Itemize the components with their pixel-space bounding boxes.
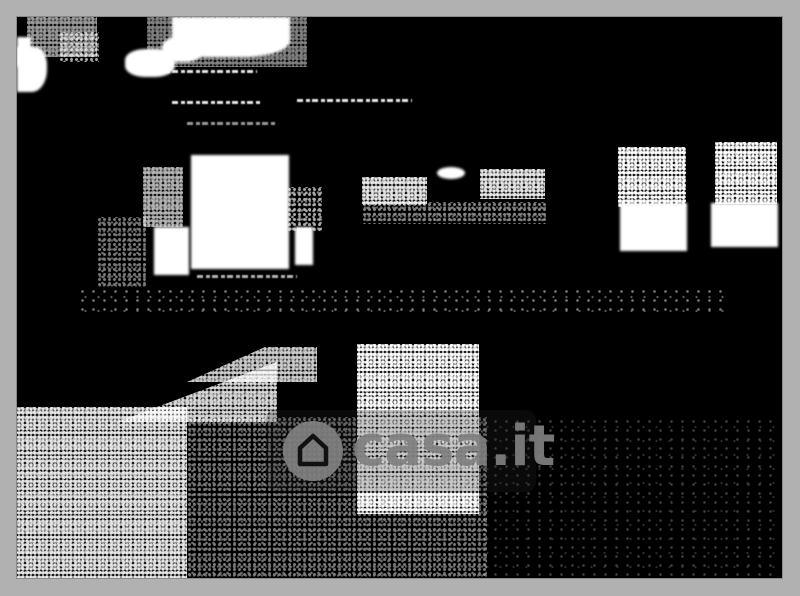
floor-tiles-left — [17, 407, 187, 578]
sofa-right — [480, 169, 545, 199]
house-icon — [296, 432, 330, 468]
beam-streak-1 — [157, 70, 257, 73]
window-sill — [197, 275, 297, 278]
left-wall-texture — [97, 217, 147, 287]
window-right-texture — [287, 187, 322, 232]
floor-tiles-strip — [187, 347, 317, 382]
baseboard — [77, 287, 727, 317]
beam-streak-4 — [187, 122, 277, 125]
window-right-1-top — [618, 147, 686, 207]
window-left-top — [143, 167, 183, 227]
ceiling-edge — [147, 17, 307, 67]
window-right-strip — [295, 227, 313, 265]
beam-streak-2 — [172, 101, 262, 104]
watermark-text: casa.it — [352, 412, 554, 482]
listing-photo — [17, 17, 782, 578]
ceiling-texture-mid — [59, 32, 99, 62]
window-right-2 — [711, 203, 778, 247]
window-main — [191, 155, 289, 269]
window-right-1 — [620, 203, 687, 251]
sofa-left — [362, 177, 427, 205]
window-right-2-top — [715, 142, 777, 204]
beam-streak-3 — [297, 99, 412, 102]
watermark-logo — [283, 421, 343, 481]
sofa-base — [362, 202, 547, 224]
window-left-small — [154, 227, 189, 275]
lamp-light — [437, 167, 465, 179]
